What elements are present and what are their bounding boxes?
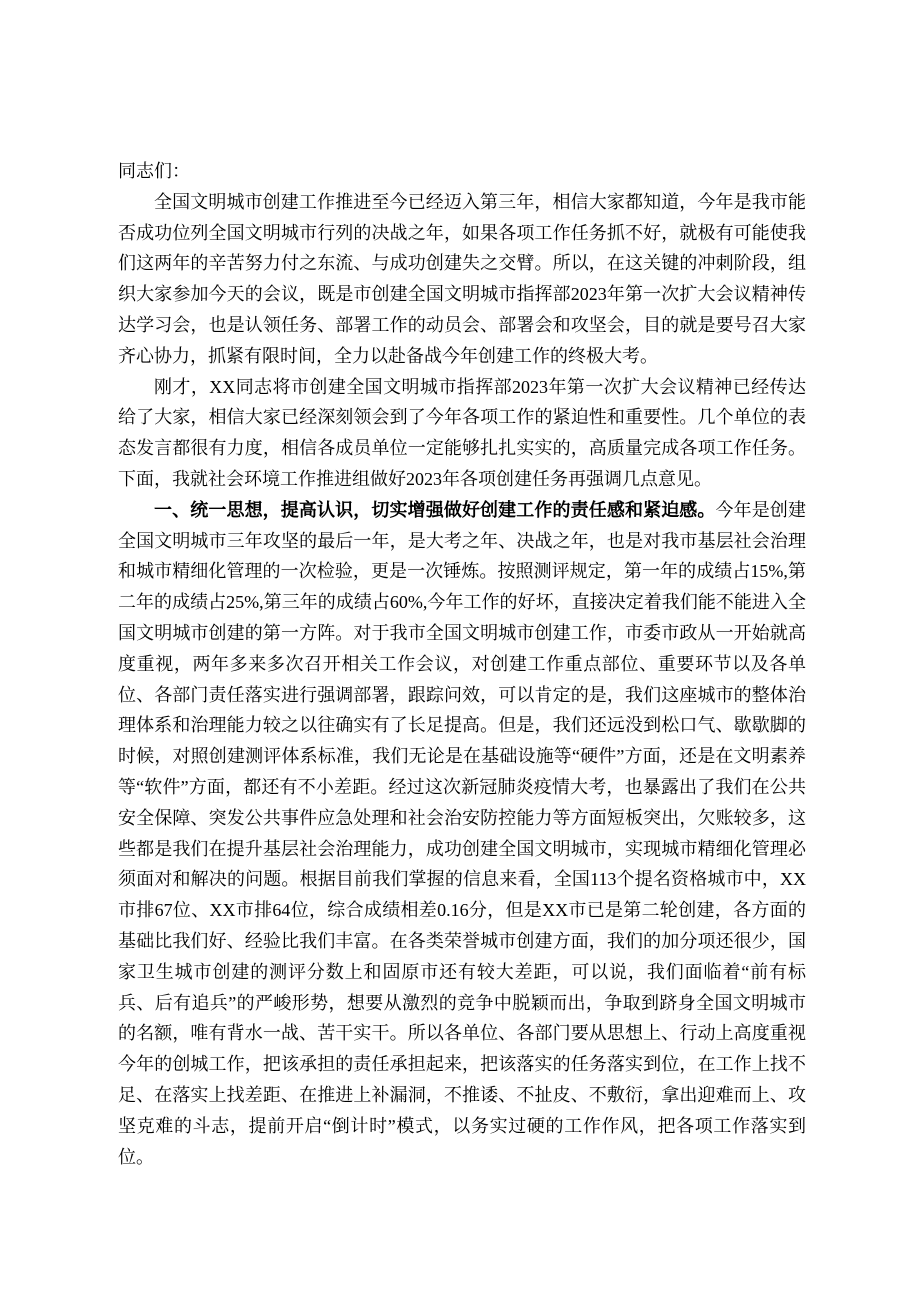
paragraph-section-one: 一、统一思想，提高认识，切实增强做好创建工作的责任感和紧迫感。今年是创建全国文明… xyxy=(118,495,806,1173)
document-body: 同志们： 全国文明城市创建工作推进至今已经迈入第三年，相信大家都知道，今年是我市… xyxy=(118,156,806,1172)
salutation: 同志们： xyxy=(118,156,806,187)
paragraph-transition: 刚才，XX同志将市创建全国文明城市指挥部2023年第一次扩大会议精神已经传达给了… xyxy=(118,372,806,495)
paragraph-opening: 全国文明城市创建工作推进至今已经迈入第三年，相信大家都知道，今年是我市能否成功位… xyxy=(118,187,806,372)
section-one-heading: 一、统一思想，提高认识，切实增强做好创建工作的责任感和紧迫感。 xyxy=(154,500,716,520)
document-page: 同志们： 全国文明城市创建工作推进至今已经迈入第三年，相信大家都知道，今年是我市… xyxy=(0,0,920,1301)
section-one-body: 今年是创建全国文明城市三年攻坚的最后一年，是大考之年、决战之年，也是对我市基层社… xyxy=(118,500,806,1167)
